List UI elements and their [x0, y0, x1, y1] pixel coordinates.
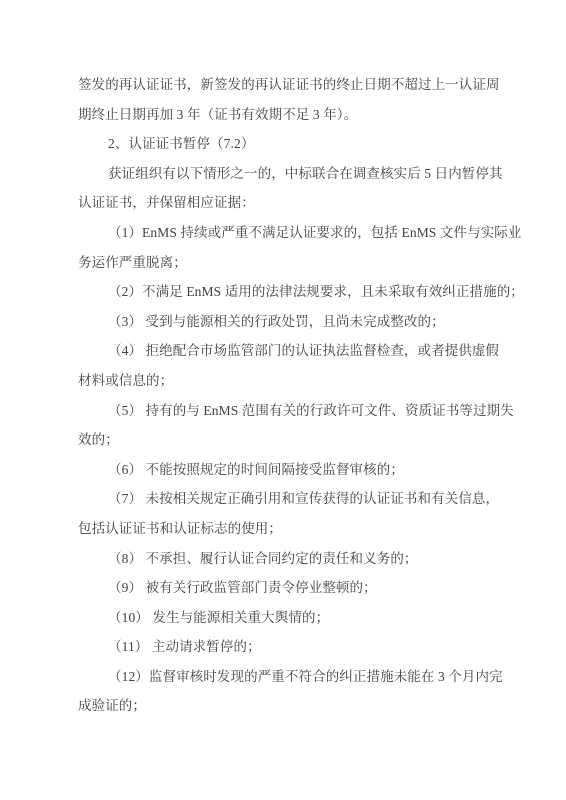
- doc-line-1: 签发的再认证证书，新签发的再认证证书的终止日期不超过上一认证周: [78, 70, 490, 100]
- doc-line-15: （7） 未按相关规定正确引用和宣传获得的认证证书和有关信息，: [78, 484, 490, 514]
- doc-line-2: 期终止日期再加 3 年（证书有效期不足 3 年）。: [78, 100, 490, 130]
- doc-line-3: 2、认证证书暂停（7.2）: [78, 129, 490, 159]
- doc-line-9: （3） 受到与能源相关的行政处罚，且尚未完成整改的；: [78, 307, 490, 337]
- doc-line-16: 包括认证证书和认证标志的使用；: [78, 514, 490, 544]
- doc-line-21: （12）监督审核时发现的严重不符合的纠正措施未能在 3 个月内完: [78, 662, 490, 692]
- document-page: 签发的再认证证书，新签发的再认证证书的终止日期不超过上一认证周期终止日期再加 3…: [0, 0, 566, 800]
- doc-line-22: 成验证的；: [78, 691, 490, 721]
- doc-line-11: 材料或信息的；: [78, 366, 490, 396]
- doc-line-12: （5） 持有的与 EnMS 范围有关的行政许可文件、资质证书等过期失: [78, 396, 490, 426]
- doc-line-14: （6） 不能按照规定的时间间隔接受监督审核的；: [78, 455, 490, 485]
- doc-line-18: （9） 被有关行政监管部门责令停业整顿的；: [78, 573, 490, 603]
- doc-line-19: （10） 发生与能源相关重大舆情的；: [78, 603, 490, 633]
- doc-line-17: （8） 不承担、履行认证合同约定的责任和义务的；: [78, 544, 490, 574]
- doc-line-4: 获证组织有以下情形之一的，中标联合在调查核实后 5 日内暂停其: [78, 159, 490, 189]
- doc-line-10: （4） 拒绝配合市场监管部门的认证执法监督检查，或者提供虚假: [78, 336, 490, 366]
- doc-line-8: （2）不满足 EnMS 适用的法律法规要求，且未采取有效纠正措施的；: [78, 277, 490, 307]
- doc-line-5: 认证证书，并保留相应证据：: [78, 188, 490, 218]
- doc-line-20: （11） 主动请求暂停的；: [78, 632, 490, 662]
- doc-line-6: （1）EnMS 持续或严重不满足认证要求的，包括 EnMS 文件与实际业: [78, 218, 490, 248]
- doc-line-13: 效的；: [78, 425, 490, 455]
- doc-line-7: 务运作严重脱离；: [78, 248, 490, 278]
- document-body: 签发的再认证证书，新签发的再认证证书的终止日期不超过上一认证周期终止日期再加 3…: [78, 70, 490, 721]
